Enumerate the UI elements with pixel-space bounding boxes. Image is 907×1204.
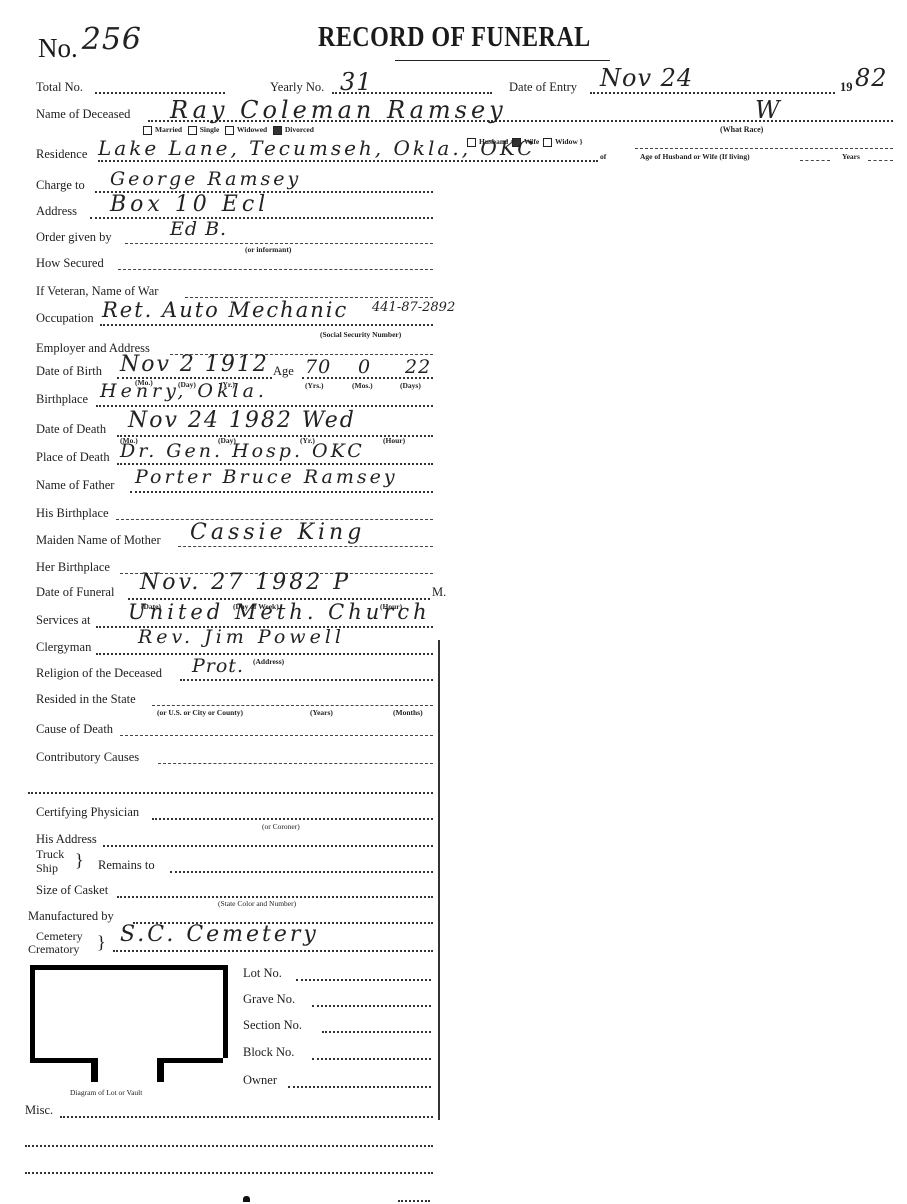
- cemetery-bracket: }: [97, 932, 106, 953]
- resided-in-state-label: Resided in the State: [36, 692, 136, 707]
- section-no-field[interactable]: [322, 1031, 431, 1033]
- form-right-border: [438, 640, 440, 1120]
- diagram-left-leg: [91, 1058, 98, 1082]
- record-number: No. 256: [38, 30, 142, 65]
- record-number-value[interactable]: 256: [82, 22, 142, 57]
- order-given-by-field[interactable]: [125, 243, 433, 244]
- certifying-physician-caption: (or Coroner): [262, 822, 300, 831]
- spouse-name-field[interactable]: [635, 148, 893, 149]
- lot-no-label: Lot No.: [243, 966, 282, 981]
- contributory-causes-label: Contributory Causes: [36, 750, 139, 765]
- remains-to-label: Remains to: [98, 858, 155, 873]
- yearly-no-value[interactable]: 31: [340, 68, 373, 96]
- clergyman-address-caption: (Address): [253, 657, 284, 666]
- occupation-value[interactable]: Ret. Auto Mechanic: [102, 298, 348, 322]
- residence-label: Residence: [36, 147, 87, 162]
- misc-label: Misc.: [25, 1103, 53, 1118]
- name-of-deceased-value[interactable]: Ray Coleman Ramsey: [170, 96, 507, 124]
- how-secured-field[interactable]: [118, 269, 433, 270]
- resided-caption-place: (or U.S. or City or County): [157, 708, 243, 717]
- diagram-caption: Diagram of Lot or Vault: [70, 1088, 142, 1097]
- age-caption-mos: (Mos.): [352, 381, 373, 390]
- date-of-entry-label: Date of Entry: [509, 80, 577, 95]
- occupation-label: Occupation: [36, 311, 94, 326]
- yearly-no-label: Yearly No.: [270, 80, 324, 95]
- manufactured-by-label: Manufactured by: [28, 909, 114, 924]
- contributory-causes-field-2[interactable]: [28, 792, 433, 794]
- services-at-value[interactable]: United Meth. Church: [128, 600, 431, 624]
- truck-ship-bracket: }: [75, 850, 84, 871]
- marital-married[interactable]: Married: [143, 125, 182, 134]
- title-underline: [395, 60, 610, 61]
- dod-caption-hour: (Hour): [383, 436, 405, 445]
- checkbox-icon: [188, 126, 197, 135]
- date-of-birth-label: Date of Birth: [36, 364, 102, 379]
- place-of-death-field[interactable]: [117, 463, 433, 465]
- owner-label: Owner: [243, 1073, 277, 1088]
- birthplace-label: Birthplace: [36, 392, 88, 407]
- size-of-casket-label: Size of Casket: [36, 883, 108, 898]
- year-value[interactable]: 82: [855, 64, 888, 92]
- marital-status-group: Married Single Widowed Divorced: [143, 125, 314, 135]
- father-name-label: Name of Father: [36, 478, 114, 493]
- occupation-field[interactable]: [100, 324, 433, 326]
- resided-caption-years: (Years): [310, 708, 333, 717]
- age-years-value[interactable]: 70: [305, 356, 331, 378]
- how-secured-label: How Secured: [36, 256, 104, 271]
- place-of-death-value[interactable]: Dr. Gen. Hosp. OKC: [120, 440, 365, 462]
- diagram-right-leg: [157, 1058, 164, 1082]
- charge-to-label: Charge to: [36, 178, 85, 193]
- record-number-label: No.: [38, 33, 78, 63]
- mother-name-field[interactable]: [178, 546, 433, 547]
- residence-value[interactable]: Lake Lane, Tecumseh, Okla., OKC: [98, 136, 536, 160]
- his-birthplace-label: His Birthplace: [36, 506, 109, 521]
- race-caption: (What Race): [720, 125, 763, 134]
- grave-no-field[interactable]: [312, 1005, 431, 1007]
- her-birthplace-label: Her Birthplace: [36, 560, 110, 575]
- date-of-death-label: Date of Death: [36, 422, 106, 437]
- age-spouse-field[interactable]: [800, 160, 830, 161]
- size-of-casket-field[interactable]: [117, 896, 433, 898]
- birthplace-value[interactable]: Henry, Okla.: [100, 380, 268, 402]
- address-field[interactable]: [90, 217, 433, 219]
- bottom-mark: [243, 1196, 250, 1202]
- date-of-funeral-value[interactable]: Nov. 27 1982 P: [140, 570, 351, 595]
- years-field[interactable]: [868, 160, 893, 161]
- total-no-label: Total No.: [36, 80, 83, 95]
- services-at-label: Services at: [36, 613, 91, 628]
- charge-to-value[interactable]: George Ramsey: [110, 168, 301, 190]
- grave-no-label: Grave No.: [243, 992, 295, 1007]
- religion-value[interactable]: Prot.: [192, 655, 244, 677]
- block-no-field[interactable]: [312, 1058, 431, 1060]
- of-label: of: [600, 152, 606, 161]
- order-given-by-caption: (or informant): [245, 245, 291, 254]
- misc-field-1[interactable]: [60, 1116, 433, 1118]
- lot-vault-diagram: [30, 965, 228, 1058]
- ssn-value[interactable]: 441-87-2892: [372, 300, 455, 315]
- ssn-caption: (Social Security Number): [320, 330, 401, 339]
- age-spouse-label: Age of Husband or Wife (If living): [640, 152, 750, 161]
- his-address-field[interactable]: [103, 845, 433, 847]
- crematory-label: Crematory: [28, 943, 79, 955]
- address-label: Address: [36, 204, 77, 219]
- size-of-casket-caption: (State Color and Number): [218, 899, 296, 908]
- religion-label: Religion of the Deceased: [36, 666, 162, 681]
- place-of-death-label: Place of Death: [36, 450, 110, 465]
- mother-name-label: Maiden Name of Mother: [36, 533, 161, 548]
- remains-to-field[interactable]: [170, 871, 433, 873]
- cause-of-death-label: Cause of Death: [36, 722, 113, 737]
- spouse-widow[interactable]: Widow: [543, 137, 578, 146]
- date-of-death-value[interactable]: Nov 24 1982 Wed: [128, 408, 356, 433]
- name-of-deceased-label: Name of Deceased: [36, 107, 130, 122]
- age-caption-yrs: (Yrs.): [305, 381, 324, 390]
- bottom-short-line: [398, 1200, 430, 1202]
- checkbox-icon: [225, 126, 234, 135]
- marital-divorced[interactable]: Divorced: [273, 125, 314, 134]
- resided-caption-months: (Months): [393, 708, 423, 717]
- diagram-bottom-left: [30, 1058, 98, 1063]
- cemetery-value[interactable]: S.C. Cemetery: [120, 922, 319, 947]
- father-name-value[interactable]: Porter Bruce Ramsey: [135, 466, 398, 488]
- address-value[interactable]: Box 10 Ecl: [110, 192, 269, 217]
- date-of-entry-field[interactable]: [590, 92, 835, 94]
- marital-single[interactable]: Single: [188, 125, 220, 134]
- age-caption-days: (Days): [400, 381, 421, 390]
- date-of-funeral-label: Date of Funeral: [36, 585, 114, 600]
- lot-no-field[interactable]: [296, 979, 431, 981]
- ship-label: Ship: [36, 862, 58, 874]
- diagram-bottom-right: [157, 1058, 223, 1063]
- race-value[interactable]: W: [755, 96, 781, 124]
- checkbox-checked-icon: [273, 126, 282, 135]
- section-no-label: Section No.: [243, 1018, 302, 1033]
- block-no-label: Block No.: [243, 1045, 294, 1060]
- contributory-causes-field[interactable]: [158, 763, 433, 764]
- date-of-entry-value[interactable]: Nov 24: [600, 64, 693, 92]
- misc-field-3[interactable]: [25, 1172, 433, 1174]
- cemetery-field[interactable]: [113, 950, 433, 952]
- his-address-label: His Address: [36, 832, 97, 847]
- truck-label: Truck: [36, 848, 64, 860]
- checkbox-icon: [143, 126, 152, 135]
- certifying-physician-label: Certifying Physician: [36, 805, 139, 820]
- owner-field[interactable]: [288, 1086, 431, 1088]
- misc-field-2[interactable]: [25, 1145, 433, 1147]
- order-given-by-value[interactable]: Ed B.: [170, 218, 227, 240]
- father-name-field[interactable]: [130, 491, 433, 493]
- age-label: Age: [273, 364, 294, 379]
- total-no-field[interactable]: [95, 92, 225, 94]
- clergyman-field[interactable]: [96, 653, 433, 655]
- clergyman-label: Clergyman: [36, 640, 91, 655]
- mother-name-value[interactable]: Cassie King: [190, 520, 365, 545]
- residence-field[interactable]: [98, 160, 598, 162]
- year-prefix: 19: [840, 80, 853, 95]
- date-of-birth-value[interactable]: Nov 2 1912: [120, 352, 269, 377]
- funeral-meridian-suffix: M.: [432, 585, 446, 600]
- clergyman-value[interactable]: Rev. Jim Powell: [138, 626, 345, 648]
- cause-of-death-field[interactable]: [120, 735, 433, 736]
- age-days-value[interactable]: 22: [405, 356, 431, 378]
- order-given-by-label: Order given by: [36, 230, 112, 245]
- page-title: RECORD OF FUNERAL: [318, 22, 591, 54]
- age-months-value[interactable]: 0: [358, 356, 371, 378]
- religion-field[interactable]: [180, 679, 433, 681]
- cemetery-label: Cemetery: [36, 930, 83, 942]
- resided-in-state-field[interactable]: [152, 705, 433, 706]
- marital-widowed[interactable]: Widowed: [225, 125, 267, 134]
- veteran-war-label: If Veteran, Name of War: [36, 284, 158, 299]
- years-label: Years: [842, 152, 860, 161]
- checkbox-icon: [543, 138, 552, 147]
- certifying-physician-field[interactable]: [152, 818, 433, 820]
- birthplace-field[interactable]: [96, 405, 433, 407]
